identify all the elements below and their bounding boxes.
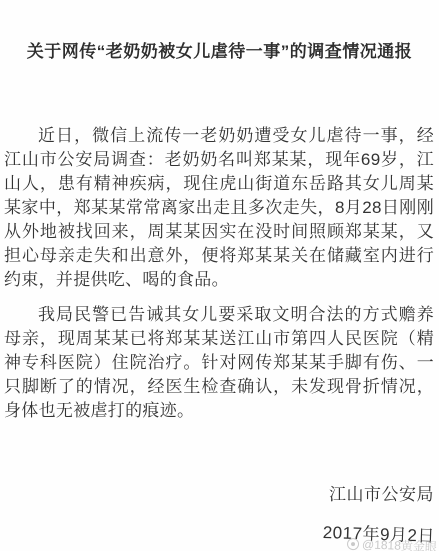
notice-document: 关于网传“老奶奶被女儿虐待一事”的调查情况通报 近日，微信上流传一老奶奶遭受女儿… [0,0,439,551]
watermark-handle: @1818黄金眼 [362,535,437,551]
signature: 江山市公安局 [0,480,439,505]
page-title: 关于网传“老奶奶被女儿虐待一事”的调查情况通报 [0,0,439,64]
body-paragraph-2: 我局民警已告诫其女儿要采取文明合法的方式赡养母亲，现周某某已将郑某某送江山市第四… [0,303,439,423]
weibo-logo-icon [347,537,359,549]
body-paragraph-1: 近日，微信上流传一老奶奶遭受女儿虐待一事，经江山市公安局调查：老奶奶名叫郑某某，… [0,124,439,292]
watermark: @1818黄金眼 [347,535,437,551]
